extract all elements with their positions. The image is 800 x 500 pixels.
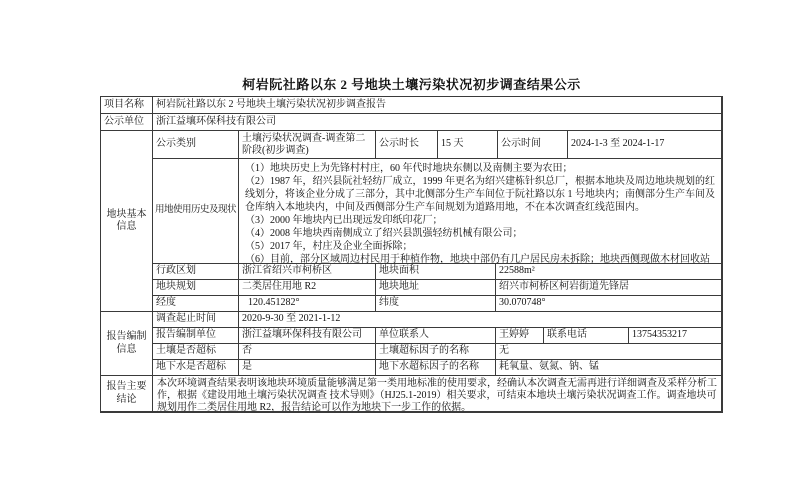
contact-person-label: 单位联系人 <box>376 328 496 344</box>
report-info-body: 调查起止时间 2020-9-30 至 2021-1-12 报告编制单位 浙江益壤… <box>153 312 722 376</box>
plot-area-label: 地块面积 <box>376 264 496 280</box>
plot-planning-label: 地块规划 <box>153 280 239 296</box>
report-info-section-label: 报告编制信息 <box>101 312 153 376</box>
groundwater-factors-label: 地下水超标因子的名称 <box>376 360 496 376</box>
document-page: 柯岩阮社路以东 2 号地块土壤污染状况初步调查结果公示 项目名称 柯岩阮社路以东… <box>0 0 800 500</box>
row-publisher: 公示单位 浙江益壤环保科技有限公司 <box>101 114 722 131</box>
notice-table: 项目名称 柯岩阮社路以东 2 号地块土壤污染状况初步调查报告 公示单位 浙江益壤… <box>100 96 723 413</box>
basic-info-body: 公示类别 土壤污染状况调查-调查第二阶段(初步调查) 公示时长 15 天 公示时… <box>153 131 722 312</box>
section-report-info: 报告编制信息 调查起止时间 2020-9-30 至 2021-1-12 报告编制… <box>101 312 722 376</box>
longitude-label: 经度 <box>153 296 239 312</box>
project-name-value: 柯岩阮社路以东 2 号地块土壤污染状况初步调查报告 <box>153 97 722 114</box>
section-conclusion: 报告主要结论 本次环境调查结果表明该地块环境质量能够满足第一类用地标准的使用要求… <box>101 376 722 412</box>
groundwater-exceeded-label: 地下水是否超标 <box>153 360 239 376</box>
soil-exceeded-value: 否 <box>239 344 376 360</box>
publicity-period-value: 2024-1-3 至 2024-1-17 <box>568 131 722 159</box>
row-publicity-type: 公示类别 土壤污染状况调查-调查第二阶段(初步调查) 公示时长 15 天 公示时… <box>153 131 722 159</box>
row-project-name: 项目名称 柯岩阮社路以东 2 号地块土壤污染状况初步调查报告 <box>101 97 722 114</box>
publisher-value: 浙江益壤环保科技有限公司 <box>153 114 722 131</box>
contact-person-value: 王婷婷 <box>496 328 544 344</box>
project-name-label: 项目名称 <box>101 97 153 114</box>
plot-address-value: 绍兴市柯桥区柯岩街道先锋居 <box>496 280 722 296</box>
land-history-label: 用地使用历史及现状 <box>153 159 239 264</box>
row-coordinates: 经度 120.451282° 纬度 30.070748° <box>153 296 722 312</box>
publicity-type-value: 土壤污染状况调查-调查第二阶段(初步调查) <box>239 131 376 159</box>
row-plot-planning: 地块规划 二类居住用地 R2 地块地址 绍兴市柯桥区柯岩街道先锋居 <box>153 280 722 296</box>
compiler-label: 报告编制单位 <box>153 328 239 344</box>
land-history-value: （1）地块历史上为先锋村村庄，60 年代时地块东侧以及南侧主要为农田； （2）1… <box>239 159 722 264</box>
row-compiler: 报告编制单位 浙江益壤环保科技有限公司 单位联系人 王婷婷 联系电话 13754… <box>153 328 722 344</box>
soil-factors-label: 土壤超标因子的名称 <box>376 344 496 360</box>
groundwater-exceeded-value: 是 <box>239 360 376 376</box>
longitude-value: 120.451282° <box>239 296 376 312</box>
row-soil-exceeded: 土壤是否超标 否 土壤超标因子的名称 无 <box>153 344 722 360</box>
contact-phone-value: 13754353217 <box>629 328 722 344</box>
plot-planning-value: 二类居住用地 R2 <box>239 280 376 296</box>
row-land-history: 用地使用历史及现状 （1）地块历史上为先锋村村庄，60 年代时地块东侧以及南侧主… <box>153 159 722 264</box>
survey-period-value: 2020-9-30 至 2021-1-12 <box>239 312 722 328</box>
plot-area-value: 22588m² <box>496 264 722 280</box>
row-groundwater-exceeded: 地下水是否超标 是 地下水超标因子的名称 耗氧量、氨氮、钠、锰 <box>153 360 722 376</box>
compiler-value: 浙江益壤环保科技有限公司 <box>239 328 376 344</box>
section-basic-info: 地块基本信息 公示类别 土壤污染状况调查-调查第二阶段(初步调查) 公示时长 1… <box>101 131 722 312</box>
basic-info-section-label: 地块基本信息 <box>101 131 153 312</box>
document-title: 柯岩阮社路以东 2 号地块土壤污染状况初步调查结果公示 <box>100 74 723 93</box>
survey-period-label: 调查起止时间 <box>153 312 239 328</box>
groundwater-factors-value: 耗氧量、氨氮、钠、锰 <box>496 360 722 376</box>
publicity-type-label: 公示类别 <box>153 131 239 159</box>
latitude-label: 纬度 <box>376 296 496 312</box>
contact-phone-label: 联系电话 <box>544 328 629 344</box>
row-survey-period: 调查起止时间 2020-9-30 至 2021-1-12 <box>153 312 722 328</box>
publicity-period-label: 公示时间 <box>498 131 568 159</box>
admin-division-label: 行政区划 <box>153 264 239 280</box>
publicity-duration-value: 15 天 <box>438 131 498 159</box>
publicity-duration-label: 公示时长 <box>376 131 438 159</box>
publisher-label: 公示单位 <box>101 114 153 131</box>
soil-factors-value: 无 <box>496 344 722 360</box>
soil-exceeded-label: 土壤是否超标 <box>153 344 239 360</box>
latitude-value: 30.070748° <box>496 296 722 312</box>
conclusion-section-label: 报告主要结论 <box>101 376 153 412</box>
plot-address-label: 地块地址 <box>376 280 496 296</box>
conclusion-text: 本次环境调查结果表明该地块环境质量能够满足第一类用地标准的使用要求，经确认本次调… <box>153 376 722 412</box>
row-admin-division: 行政区划 浙江省绍兴市柯桥区 地块面积 22588m² <box>153 264 722 280</box>
admin-division-value: 浙江省绍兴市柯桥区 <box>239 264 376 280</box>
